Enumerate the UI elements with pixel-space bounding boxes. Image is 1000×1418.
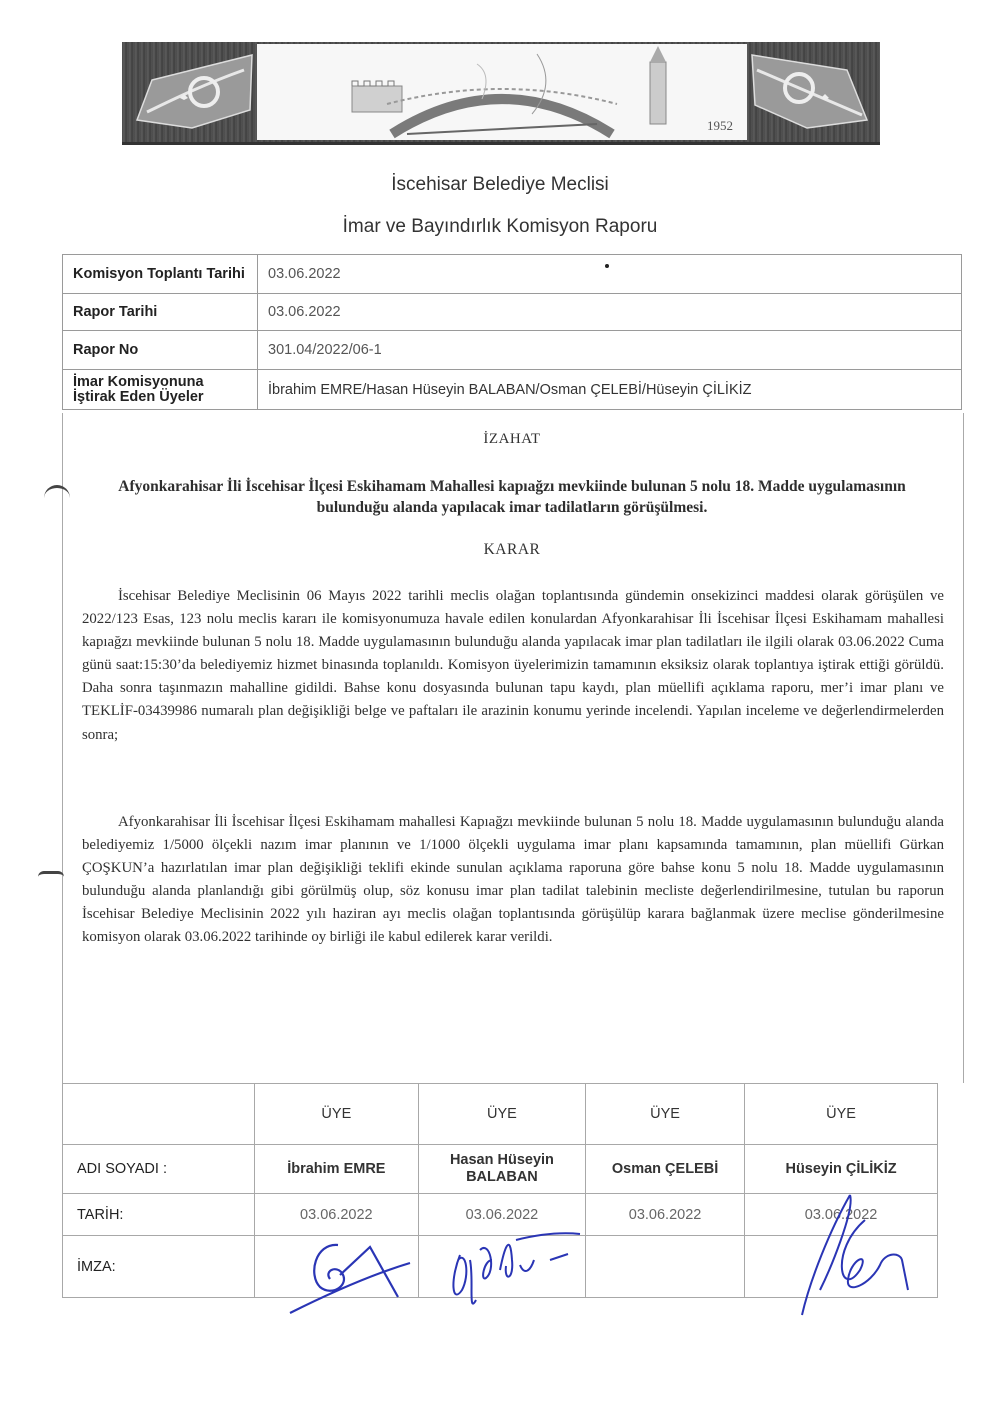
- member-name: İbrahim EMRE: [254, 1145, 418, 1194]
- turkish-flag-icon: [747, 50, 872, 132]
- info-row-meeting-date: Komisyon Toplantı Tarihi 03.06.2022: [63, 255, 962, 294]
- report-title: İmar ve Bayındırlık Komisyon Raporu: [0, 216, 1000, 238]
- izahat-heading: İZAHAT: [62, 431, 962, 448]
- turkish-flag-icon: [132, 50, 257, 132]
- member-date: 03.06.2022: [254, 1194, 418, 1236]
- info-row-members: İmar Komisyonuna İştirak Eden Üyeler İbr…: [63, 370, 962, 410]
- signature-cell: [418, 1236, 585, 1298]
- date-row-label: TARİH:: [63, 1194, 255, 1236]
- karar-heading: KARAR: [62, 541, 962, 559]
- member-role: ÜYE: [418, 1084, 585, 1145]
- info-value: 03.06.2022: [258, 255, 962, 294]
- info-label: Rapor Tarihi: [63, 294, 258, 331]
- date-row: TARİH: 03.06.2022 03.06.2022 03.06.2022 …: [63, 1194, 938, 1236]
- info-label: Komisyon Toplantı Tarihi: [63, 255, 258, 294]
- member-name: Hüseyin ÇİLİKİZ: [745, 1145, 938, 1194]
- signature-cell: [585, 1236, 744, 1298]
- scan-speck: [605, 264, 609, 268]
- bridge-emblem: 1952: [257, 44, 747, 140]
- member-name: Osman ÇELEBİ: [585, 1145, 744, 1194]
- member-name: Hasan HüseyinBALABAN: [418, 1145, 585, 1194]
- council-title: İscehisar Belediye Meclisi: [0, 174, 1000, 196]
- bridge-icon: [257, 44, 747, 140]
- name-row-label: ADI SOYADI :: [63, 1145, 255, 1194]
- info-row-report-date: Rapor Tarihi 03.06.2022: [63, 294, 962, 331]
- member-date: 03.06.2022: [418, 1194, 585, 1236]
- izahat-subject: Afyonkarahisar İli İscehisar İlçesi Eski…: [62, 476, 962, 518]
- founding-year: 1952: [707, 118, 733, 134]
- municipality-banner: 1952: [122, 42, 880, 145]
- signature-row-label: İMZA:: [63, 1236, 255, 1298]
- info-value: 03.06.2022: [258, 294, 962, 331]
- name-row: ADI SOYADI : İbrahim EMRE Hasan HüseyinB…: [63, 1145, 938, 1194]
- karar-paragraph: Afyonkarahisar İli İscehisar İlçesi Eski…: [82, 811, 944, 950]
- info-label: Rapor No: [63, 331, 258, 370]
- member-name-text: Hasan HüseyinBALABAN: [450, 1152, 554, 1185]
- report-info-table: Komisyon Toplantı Tarihi 03.06.2022 Rapo…: [62, 254, 962, 410]
- member-date: 03.06.2022: [745, 1194, 938, 1236]
- info-label: İmar Komisyonuna İştirak Eden Üyeler: [63, 370, 258, 410]
- role-row: ÜYE ÜYE ÜYE ÜYE: [63, 1084, 938, 1145]
- signature-cell: [745, 1236, 938, 1298]
- member-role: ÜYE: [254, 1084, 418, 1145]
- member-date: 03.06.2022: [585, 1194, 744, 1236]
- member-role: ÜYE: [745, 1084, 938, 1145]
- member-role: ÜYE: [585, 1084, 744, 1145]
- info-value: 301.04/2022/06-1: [258, 331, 962, 370]
- karar-paragraph: İscehisar Belediye Meclisinin 06 Mayıs 2…: [82, 585, 944, 747]
- signature-row: İMZA:: [63, 1236, 938, 1298]
- signature-table: ÜYE ÜYE ÜYE ÜYE ADI SOYADI : İbrahim EMR…: [62, 1083, 938, 1298]
- info-row-report-no: Rapor No 301.04/2022/06-1: [63, 331, 962, 370]
- hole-punch-mark: [38, 871, 64, 880]
- info-value: İbrahim EMRE/Hasan Hüseyin BALABAN/Osman…: [258, 370, 962, 410]
- signature-cell: [254, 1236, 418, 1298]
